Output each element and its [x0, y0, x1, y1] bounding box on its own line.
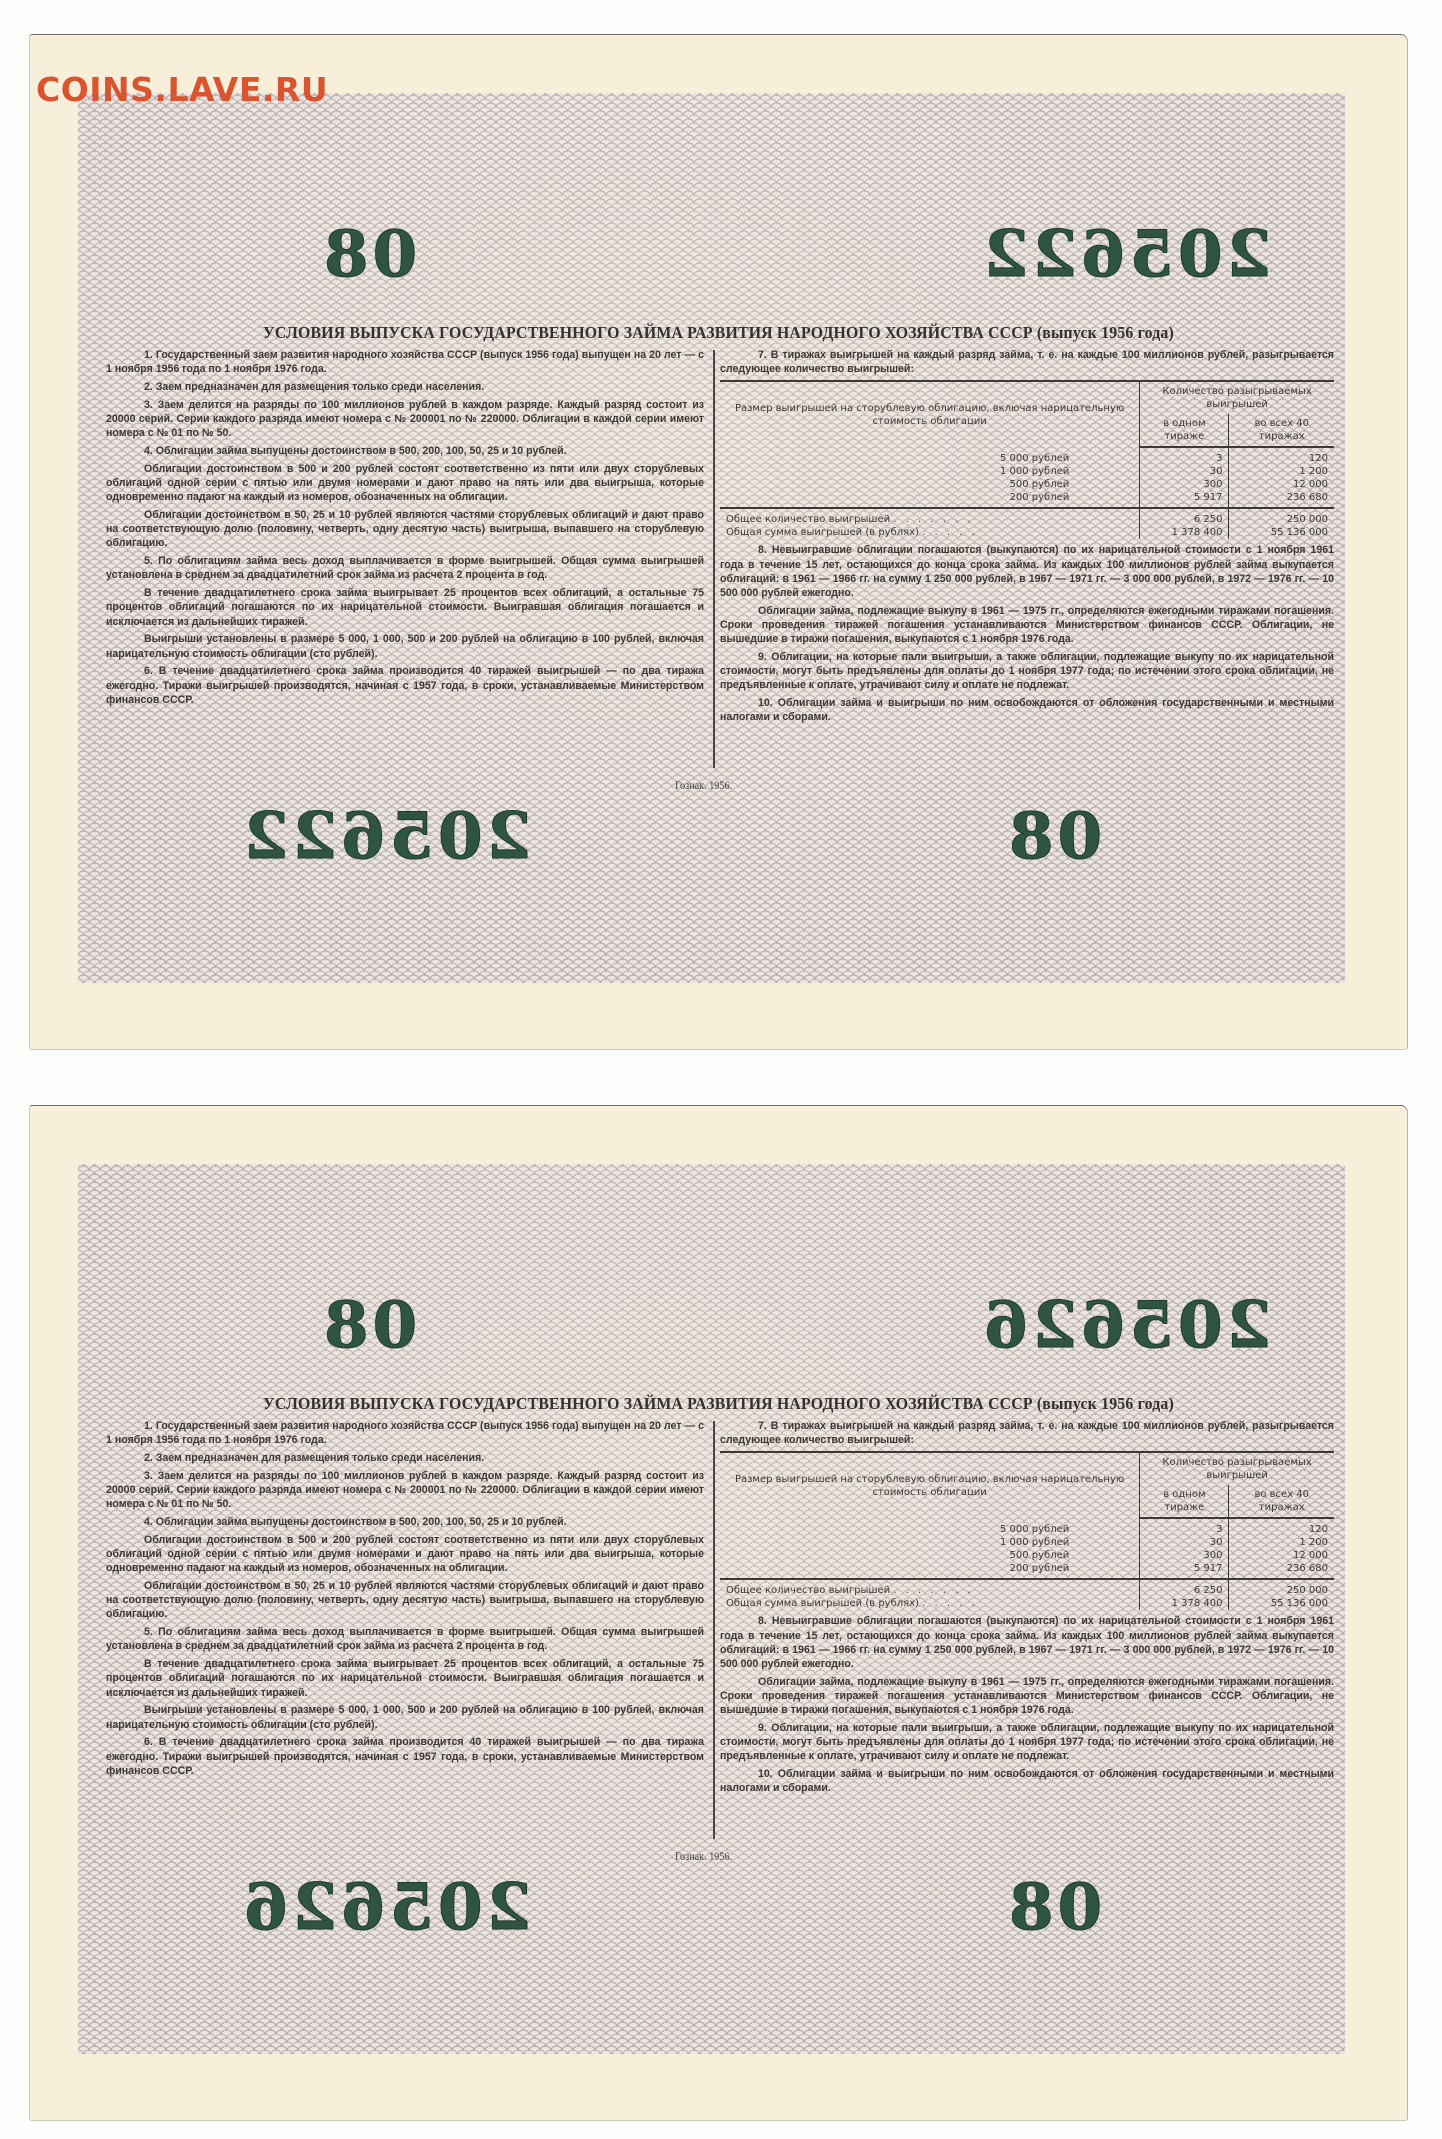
table-row: 1 000 рублей 30 1 200: [720, 1536, 1334, 1549]
per-draw-cell: 30: [1140, 465, 1229, 478]
term-paragraph: 6. В течение двадцатилетнего срока займа…: [106, 664, 704, 707]
term-paragraph: 4. Облигации займа выпущены достоинством…: [106, 1515, 704, 1529]
term-paragraph: 1. Государственный заем развития народно…: [106, 1419, 704, 1447]
table-row: 5 000 рублей 3 120: [720, 1518, 1334, 1536]
bond-back-2: 08 205626 УСЛОВИЯ ВЫПУСКА ГОСУДАРСТВЕННО…: [30, 1106, 1407, 2120]
all-draws-cell: 236 680: [1229, 491, 1334, 508]
prize-table: Размер выигрышей на сторублевую облигаци…: [720, 380, 1334, 539]
per-draw-cell: 300: [1140, 478, 1229, 491]
per-draw-cell: 1 378 400: [1140, 526, 1229, 539]
printer-imprint: Гознак. 1956.: [675, 778, 732, 793]
prize-cell: 5 000 рублей: [720, 447, 1140, 465]
all-draws-cell: 12 000: [1229, 1549, 1334, 1562]
term-paragraph: 7. В тиражах выигрышей на каждый разряд …: [720, 1419, 1334, 1447]
terms-left-column: 1. Государственный заем развития народно…: [106, 348, 704, 711]
term-paragraph: 6. В течение двадцатилетнего срока займа…: [106, 1735, 704, 1778]
term-paragraph: Облигации займа, подлежащие выкупу в 196…: [720, 1675, 1334, 1718]
term-paragraph: Облигации достоинством в 50, 25 и 10 руб…: [106, 1579, 704, 1622]
document-title: УСЛОВИЯ ВЫПУСКА ГОСУДАРСТВЕННОГО ЗАЙМА Р…: [78, 1394, 1359, 1414]
totals-label: Общее количество выигрышей . . . . . . .: [720, 508, 1140, 526]
term-paragraph: 5. По облигациям займа весь доход выплач…: [106, 554, 704, 582]
term-paragraph: 9. Облигации, на которые пали выигрыши, …: [720, 1721, 1334, 1764]
all-draws-cell: 12 000: [1229, 478, 1334, 491]
term-paragraph: 2. Заем предназначен для размещения толь…: [106, 1451, 704, 1465]
site-watermark: COINS.LAVE.RU: [36, 70, 328, 109]
series-number-top: 08: [320, 223, 417, 287]
term-paragraph: 8. Невыигравшие облигации погашаются (вы…: [720, 1614, 1334, 1671]
all-draws-cell: 250 000: [1229, 1579, 1334, 1597]
bond-back-1: 08 205622 УСЛОВИЯ ВЫПУСКА ГОСУДАРСТВЕННО…: [30, 35, 1407, 1049]
prize-cell: 200 рублей: [720, 1562, 1140, 1579]
table-row: 500 рублей 300 12 000: [720, 478, 1334, 491]
totals-row: Общая сумма выигрышей (в рублях) . . . .…: [720, 526, 1334, 539]
all-draws-cell: 120: [1229, 447, 1334, 465]
term-paragraph: 8. Невыигравшие облигации погашаются (вы…: [720, 543, 1334, 600]
table-row: 1 000 рублей 30 1 200: [720, 465, 1334, 478]
prize-count-header: Количество разыгрываемых выигрышей: [1140, 1452, 1334, 1485]
term-paragraph: 10. Облигации займа и выигрыши по ним ос…: [720, 696, 1334, 724]
per-draw-cell: 30: [1140, 1536, 1229, 1549]
per-draw-cell: 5 917: [1140, 1562, 1229, 1579]
per-draw-header: в одном тираже: [1140, 1485, 1229, 1518]
term-paragraph: В течение двадцатилетнего срока займа вы…: [106, 1657, 704, 1700]
totals-label: Общее количество выигрышей . . . . . . .: [720, 1579, 1140, 1597]
all-draws-header: во всех 40 тиражах: [1229, 1485, 1334, 1518]
prize-cell: 500 рублей: [720, 1549, 1140, 1562]
series-number-bottom: 08: [1005, 1876, 1102, 1940]
per-draw-header: в одном тираже: [1140, 414, 1229, 447]
per-draw-cell: 1 378 400: [1140, 1597, 1229, 1610]
per-draw-cell: 5 917: [1140, 491, 1229, 508]
term-paragraph: 3. Заем делится на разряды по 100 миллио…: [106, 1469, 704, 1512]
all-draws-cell: 55 136 000: [1229, 1597, 1334, 1610]
all-draws-cell: 236 680: [1229, 1562, 1334, 1579]
prize-size-header: Размер выигрышей на сторублевую облигаци…: [720, 381, 1140, 447]
prize-count-header: Количество разыгрываемых выигрышей: [1140, 381, 1334, 414]
term-paragraph: Облигации достоинством в 50, 25 и 10 руб…: [106, 508, 704, 551]
totals-label: Общая сумма выигрышей (в рублях) . . . .…: [720, 526, 1140, 539]
term-paragraph: 5. По облигациям займа весь доход выплач…: [106, 1625, 704, 1653]
term-paragraph: Облигации достоинством в 500 и 200 рубле…: [106, 462, 704, 505]
serial-number-top: 205622: [980, 223, 1271, 287]
document-title: УСЛОВИЯ ВЫПУСКА ГОСУДАРСТВЕННОГО ЗАЙМА Р…: [78, 323, 1359, 343]
per-draw-cell: 6 250: [1140, 1579, 1229, 1597]
all-draws-header: во всех 40 тиражах: [1229, 414, 1334, 447]
table-row: 500 рублей 300 12 000: [720, 1549, 1334, 1562]
serial-number-bottom: 205626: [240, 1876, 531, 1940]
term-paragraph: В течение двадцатилетнего срока займа вы…: [106, 586, 704, 629]
term-paragraph: Выигрыши установлены в размере 5 000, 1 …: [106, 1703, 704, 1731]
column-divider: [713, 1421, 715, 1839]
totals-label: Общая сумма выигрышей (в рублях) . . . .…: [720, 1597, 1140, 1610]
per-draw-cell: 6 250: [1140, 508, 1229, 526]
term-paragraph: Облигации займа, подлежащие выкупу в 196…: [720, 604, 1334, 647]
term-paragraph: Выигрыши установлены в размере 5 000, 1 …: [106, 632, 704, 660]
prize-cell: 1 000 рублей: [720, 1536, 1140, 1549]
table-row: 200 рублей 5 917 236 680: [720, 1562, 1334, 1579]
terms-left-column: 1. Государственный заем развития народно…: [106, 1419, 704, 1782]
all-draws-cell: 120: [1229, 1518, 1334, 1536]
all-draws-cell: 1 200: [1229, 1536, 1334, 1549]
series-number-top: 08: [320, 1294, 417, 1358]
term-paragraph: 4. Облигации займа выпущены достоинством…: [106, 444, 704, 458]
per-draw-cell: 300: [1140, 1549, 1229, 1562]
serial-number-top: 205626: [980, 1294, 1271, 1358]
prize-cell: 200 рублей: [720, 491, 1140, 508]
totals-row: Общая сумма выигрышей (в рублях) . . . .…: [720, 1597, 1334, 1610]
terms-right-column: 7. В тиражах выигрышей на каждый разряд …: [720, 1419, 1334, 1799]
all-draws-cell: 250 000: [1229, 508, 1334, 526]
per-draw-cell: 3: [1140, 447, 1229, 465]
all-draws-cell: 55 136 000: [1229, 526, 1334, 539]
per-draw-cell: 3: [1140, 1518, 1229, 1536]
table-row: 200 рублей 5 917 236 680: [720, 491, 1334, 508]
prize-table: Размер выигрышей на сторублевую облигаци…: [720, 1451, 1334, 1610]
totals-row: Общее количество выигрышей . . . . . . .…: [720, 1579, 1334, 1597]
term-paragraph: 7. В тиражах выигрышей на каждый разряд …: [720, 348, 1334, 376]
totals-row: Общее количество выигрышей . . . . . . .…: [720, 508, 1334, 526]
prize-cell: 1 000 рублей: [720, 465, 1140, 478]
term-paragraph: 1. Государственный заем развития народно…: [106, 348, 704, 376]
term-paragraph: 3. Заем делится на разряды по 100 миллио…: [106, 398, 704, 441]
prize-size-header: Размер выигрышей на сторублевую облигаци…: [720, 1452, 1140, 1518]
term-paragraph: Облигации достоинством в 500 и 200 рубле…: [106, 1533, 704, 1576]
term-paragraph: 2. Заем предназначен для размещения толь…: [106, 380, 704, 394]
series-number-bottom: 08: [1005, 805, 1102, 869]
serial-number-bottom: 205622: [240, 805, 531, 869]
prize-cell: 5 000 рублей: [720, 1518, 1140, 1536]
prize-cell: 500 рублей: [720, 478, 1140, 491]
all-draws-cell: 1 200: [1229, 465, 1334, 478]
term-paragraph: 9. Облигации, на которые пали выигрыши, …: [720, 650, 1334, 693]
terms-right-column: 7. В тиражах выигрышей на каждый разряд …: [720, 348, 1334, 728]
term-paragraph: 10. Облигации займа и выигрыши по ним ос…: [720, 1767, 1334, 1795]
printer-imprint: Гознак. 1956.: [675, 1849, 732, 1864]
table-row: 5 000 рублей 3 120: [720, 447, 1334, 465]
column-divider: [713, 350, 715, 768]
